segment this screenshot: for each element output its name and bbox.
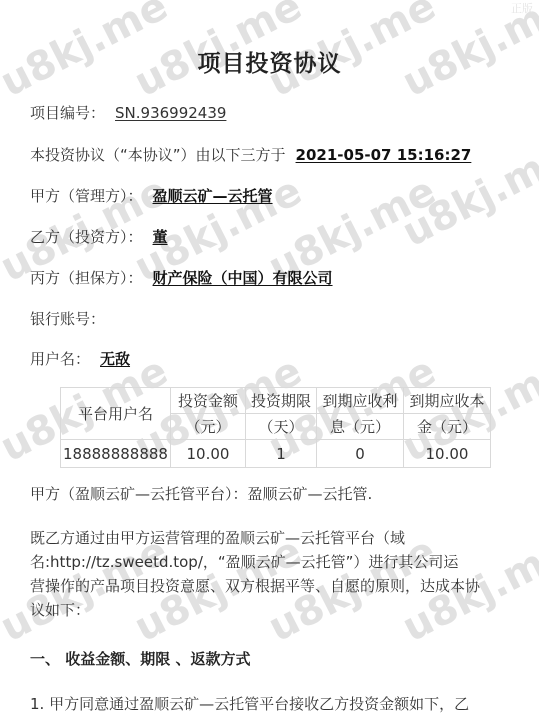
cell-principal: 10.00 bbox=[403, 440, 490, 468]
header-term: 投资期限 bbox=[245, 388, 316, 414]
bank-account-row: 银行账号： bbox=[30, 309, 105, 329]
paragraph-line: 议如下： bbox=[30, 598, 510, 622]
party-c-row: 丙方（担保方）：财产保险（中国）有限公司 bbox=[30, 268, 333, 288]
corner-tag: 正版 bbox=[511, 0, 533, 16]
table-header-row: 平台用户名 投资金额 投资期限 到期应收利 到期应收本 bbox=[61, 388, 491, 414]
cell-amount: 10.00 bbox=[170, 440, 245, 468]
section-heading: 一、 收益金额、期限 、返款方式 bbox=[30, 648, 250, 669]
header-amount: 投资金额 bbox=[170, 388, 245, 414]
project-number-label: 项目编号： bbox=[30, 104, 105, 122]
table-row: 18888888888 10.00 1 0 10.00 bbox=[61, 440, 491, 468]
agreement-datetime: 2021-05-07 15:16:27 bbox=[296, 146, 472, 164]
intro-row: 本投资协议（“本协议”）由以下三方于2021-05-07 15:16:27 bbox=[30, 145, 471, 165]
clause-1: 1. 甲方同意通过盈顺云矿—云托管平台接收乙方投资金额如下，乙 bbox=[30, 694, 469, 714]
username-row: 用户名：无敌 bbox=[30, 349, 130, 369]
cell-term: 1 bbox=[245, 440, 316, 468]
party-c-label: 丙方（担保方）： bbox=[30, 269, 143, 287]
paragraph-line: 名:http://tz.sweetd.top/，“盈顺云矿—云托管”）进行其公司… bbox=[30, 550, 510, 574]
header-platform-username: 平台用户名 bbox=[61, 388, 171, 440]
header-principal-unit: 金（元） bbox=[403, 414, 490, 440]
party-b-label: 乙方（投资方）： bbox=[30, 228, 143, 246]
header-term-unit: （天） bbox=[245, 414, 316, 440]
party-a-row: 甲方（管理方）：盈顺云矿—云托管 bbox=[30, 186, 273, 206]
party-b-row: 乙方（投资方）：董 bbox=[30, 227, 168, 247]
header-interest-unit: 息（元） bbox=[316, 414, 403, 440]
paragraph-line: 既乙方通过由甲方运营管理的盈顺云矿—云托管平台（域 bbox=[30, 526, 510, 550]
header-principal: 到期应收本 bbox=[403, 388, 490, 414]
username-value: 无敌 bbox=[100, 350, 130, 368]
intro-text: 本投资协议（“本协议”）由以下三方于 bbox=[30, 146, 286, 164]
username-label: 用户名： bbox=[30, 350, 90, 368]
header-interest: 到期应收利 bbox=[316, 388, 403, 414]
party-a-label: 甲方（管理方）： bbox=[30, 187, 143, 205]
party-c-value: 财产保险（中国）有限公司 bbox=[153, 269, 333, 287]
paragraph-line: 营操作的产品项目投资意愿、双方根据平等、自愿的原则，达成本协 bbox=[30, 574, 510, 598]
party-b-value: 董 bbox=[153, 228, 168, 246]
platform-line: 甲方（盈顺云矿—云托管平台）：盈顺云矿—云托管. bbox=[30, 484, 372, 504]
project-number-value: SN.936992439 bbox=[115, 104, 226, 122]
preamble-paragraph: 既乙方通过由甲方运营管理的盈顺云矿—云托管平台（域 名:http://tz.sw… bbox=[30, 526, 510, 622]
cell-interest: 0 bbox=[316, 440, 403, 468]
investment-table: 平台用户名 投资金额 投资期限 到期应收利 到期应收本 （元） （天） 息（元）… bbox=[60, 387, 491, 468]
cell-platform-username: 18888888888 bbox=[61, 440, 171, 468]
header-amount-unit: （元） bbox=[170, 414, 245, 440]
agreement-page: u8kj.me u8kj.me u8kj.me u8kj.me u8kj.me … bbox=[0, 0, 539, 716]
page-title: 项目投资协议 bbox=[0, 45, 539, 78]
party-a-value: 盈顺云矿—云托管 bbox=[153, 187, 273, 205]
bank-account-label: 银行账号： bbox=[30, 310, 105, 328]
project-number-row: 项目编号：SN.936992439 bbox=[30, 103, 226, 123]
